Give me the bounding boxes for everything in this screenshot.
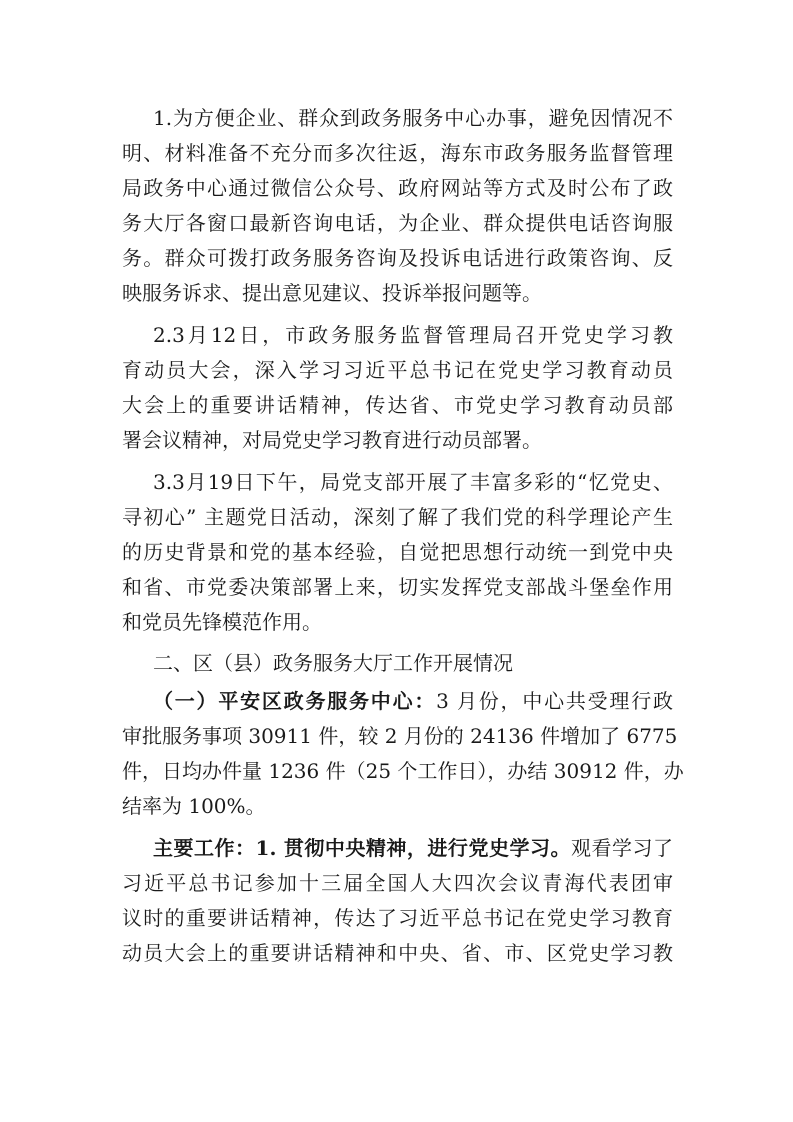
paragraph-4-bold-lead: （一）平安区政务服务中心：: [153, 689, 436, 713]
document-page: 1.为方便企业、群众到政务服务中心办事，避免因情况不 明、材料准备不充分而多次往…: [0, 0, 793, 1122]
paragraph-5-line-2: 习近平总书记参加十三届全国人大四次会议青海代表团审: [122, 868, 673, 898]
paragraph-2-line-2: 育动员大会，深入学习习近平总书记在党史学习教育动员: [122, 355, 673, 385]
paragraph-3-line-3: 的历史背景和党的基本经验，自觉把思想行动统一到党中央: [122, 537, 673, 567]
paragraph-4-line-4: 结率为 100%。: [122, 791, 673, 821]
paragraph-1-line-4: 务大厅各窗口最新咨询电话，为企业、群众提供电话咨询服: [122, 208, 673, 238]
section-heading: 二、区（县）政务服务大厅工作开展情况: [153, 648, 673, 678]
paragraph-3-line-2: 寻初心” 主题党日活动，深刻了解了我们党的科学理论产生: [122, 502, 673, 532]
paragraph-1-line-1: 1.为方便企业、群众到政务服务中心办事，避免因情况不: [153, 103, 673, 133]
paragraph-5-line-1: 主要工作：1. 贯彻中央精神，进行党史学习。观看学习了: [153, 833, 673, 863]
paragraph-2-line-1: 2.3月12日，市政务服务监督管理局召开党史学习教: [153, 320, 673, 350]
paragraph-1-line-6: 映服务诉求、提出意见建议、投诉举报问题等。: [122, 278, 673, 308]
paragraph-1-line-3: 局政务中心通过微信公众号、政府网站等方式及时公布了政: [122, 173, 673, 203]
paragraph-5-line-4: 动员大会上的重要讲话精神和中央、省、市、区党史学习教: [122, 938, 673, 968]
paragraph-5-line-1-text: 观看学习了: [571, 836, 673, 860]
paragraph-5-bold-lead: 主要工作：1. 贯彻中央精神，进行党史学习。: [153, 836, 571, 860]
paragraph-4-line-1: （一）平安区政务服务中心：3 月份，中心共受理行政: [153, 686, 673, 716]
paragraph-4-line-1-text: 3 月份，中心共受理行政: [436, 689, 673, 713]
paragraph-4-line-3: 件，日均办件量 1236 件（25 个工作日），办结 30912 件，办: [122, 756, 673, 786]
paragraph-3-line-1: 3.3月19日下午，局党支部开展了丰富多彩的“忆党史、: [153, 467, 673, 497]
paragraph-1-line-2: 明、材料准备不充分而多次往返，海东市政务服务监督管理: [122, 138, 673, 168]
paragraph-1-line-5: 务。群众可拨打政务服务咨询及投诉电话进行政策咨询、反: [122, 243, 673, 273]
paragraph-4-line-2: 审批服务事项 30911 件，较 2 月份的 24136 件增加了 6775: [122, 721, 673, 751]
paragraph-5-line-3: 议时的重要讲话精神，传达了习近平总书记在党史学习教育: [122, 903, 673, 933]
paragraph-3-line-4: 和省、市党委决策部署上来，切实发挥党支部战斗堡垒作用: [122, 572, 673, 602]
paragraph-2-line-4: 署会议精神，对局党史学习教育进行动员部署。: [122, 425, 673, 455]
paragraph-3-line-5: 和党员先锋模范作用。: [122, 607, 673, 637]
paragraph-2-line-3: 大会上的重要讲话精神，传达省、市党史学习教育动员部: [122, 390, 673, 420]
